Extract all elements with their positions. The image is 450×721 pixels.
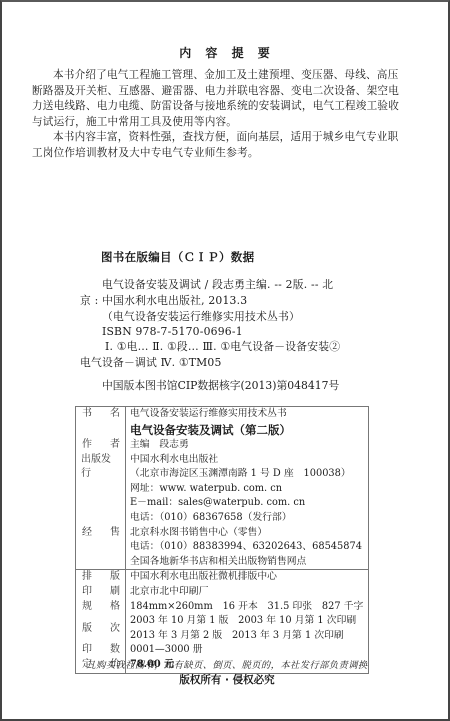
print-run: 0001—3000 册: [130, 643, 203, 658]
label-char: 者: [110, 438, 120, 453]
label-char: 数: [110, 643, 120, 658]
label-spacer: [76, 422, 125, 439]
summary-paragraph: 本书内容丰富，资料性强，查找方便，面向基层，适用于城乡电气专业职工岗位作培训教材…: [32, 130, 402, 161]
edition-first: 2003 年 10 月第 1 版 2003 年 10 月第 1 次印刷: [130, 614, 356, 629]
label-char: 作: [82, 438, 92, 453]
cip-isbn: ISBN 978-7-5170-0696-1: [102, 325, 243, 338]
label-char: 规: [82, 600, 92, 615]
summary-title: 内 容 提 要: [2, 44, 450, 61]
series-name: 电气设备安装运行维修实用技术丛书: [130, 407, 287, 422]
label-char: 版: [82, 614, 92, 643]
publisher-phone: 电话：（010）68367658（发行部）: [130, 511, 292, 526]
label-row: 规格: [76, 600, 125, 615]
label-char: 书: [82, 407, 92, 422]
imprint-table: 书名 作者 出版发行 经售 电气设备安装运行维修实用技术丛书 电气设备安装及调试…: [75, 406, 369, 674]
typesetter: 中国水利水电出版社微机排版中心: [130, 570, 277, 585]
label-char: 售: [110, 526, 120, 541]
summary-paragraph: 本书介绍了电气工程施工管理、金加工及土建预埋、变压器、母线、高压断路器及开关柜、…: [32, 68, 402, 130]
label-text: 出版发行: [81, 453, 120, 468]
printer: 北京市北中印刷厂: [130, 585, 208, 600]
defect-notice: 凡购买我社图书，如有缺页、倒页、脱页的，本社发行部负责调换: [2, 657, 450, 671]
cip-line: 电气设备安装及调试 / 段志勇主编. -- 2版. -- 北: [102, 277, 333, 292]
cip-title: 图书在版编目（ＣＩＰ）数据: [101, 249, 254, 265]
label-spacer: [76, 555, 125, 570]
format-spec: 184mm×260mm 16 开本 31.5 印张 827 千字: [130, 600, 363, 615]
label-row: 作者: [76, 438, 125, 453]
label-char: 印: [82, 585, 92, 600]
book-title: 电气设备安装及调试（第二版）: [130, 422, 291, 439]
publisher-email: E－mail：sales@waterpub. com. cn: [130, 496, 305, 511]
imprint-values: 电气设备安装运行维修实用技术丛书 电气设备安装及调试（第二版） 主编 段志勇 中…: [126, 407, 368, 569]
label-spacer: [76, 482, 125, 497]
label-char: 排: [82, 570, 92, 585]
label-char: 刷: [110, 585, 120, 600]
distributor-phone: 电话：（010）88383994、63202643、68545874: [130, 540, 362, 555]
cip-line: 京 : 中国水利水电出版社, 2013.3: [80, 293, 247, 308]
label-char: 版: [110, 570, 120, 585]
label-row: 排版: [76, 570, 125, 585]
imprint-labels: 书名 作者 出版发行 经售: [76, 407, 126, 569]
cip-line: Ⅰ. ①电… Ⅱ. ①段… Ⅲ. ①电气设备－设备安装②: [105, 339, 340, 354]
label-char: 印: [82, 643, 92, 658]
cip-record-number: 中国版本图书馆CIP数据核字(2013)第048417号: [102, 378, 339, 393]
copyright-page: 内 容 提 要 本书介绍了电气工程施工管理、金加工及土建预埋、变压器、母线、高压…: [0, 0, 450, 721]
label-row: 版次: [76, 614, 125, 643]
cip-line: （电气设备安装运行维修实用技术丛书）: [102, 309, 300, 324]
label-row: 经售: [76, 526, 125, 541]
label-spacer: [76, 496, 125, 511]
edition-second: 2013 年 3 月第 2 版 2013 年 3 月第 1 次印刷: [130, 629, 344, 644]
label-char: 经: [82, 526, 92, 541]
author: 主编 段志勇: [130, 438, 189, 453]
label-row: 出版发行: [76, 453, 125, 468]
label-row: 书名: [76, 407, 125, 422]
label-spacer: [76, 511, 125, 526]
summary-body: 本书介绍了电气工程施工管理、金加工及土建预埋、变压器、母线、高压断路器及开关柜、…: [32, 68, 402, 161]
label-char: 格: [110, 600, 120, 615]
distribution-network: 全国各地新华书店和相关出版物销售网点: [130, 555, 306, 570]
imprint-section-publication: 书名 作者 出版发行 经售 电气设备安装运行维修实用技术丛书 电气设备安装及调试…: [76, 407, 368, 569]
label-char: 名: [110, 407, 120, 422]
label-spacer: [76, 540, 125, 555]
distributor: 北京科水图书销售中心（零售）: [130, 526, 267, 541]
rights-notice: 版权所有 · 侵权必究: [2, 672, 450, 687]
publisher-address: （北京市海淀区玉渊潭南路 1 号 D 座 100038）: [130, 467, 351, 482]
cip-line: 电气设备－调试 Ⅳ. ①TM05: [80, 355, 222, 370]
label-row: 印刷: [76, 585, 125, 600]
label-char: 次: [110, 614, 120, 643]
publisher-website: 网址：www. waterpub. com. cn: [130, 482, 282, 497]
label-row: 印数: [76, 643, 125, 658]
publisher: 中国水利水电出版社: [130, 453, 218, 468]
